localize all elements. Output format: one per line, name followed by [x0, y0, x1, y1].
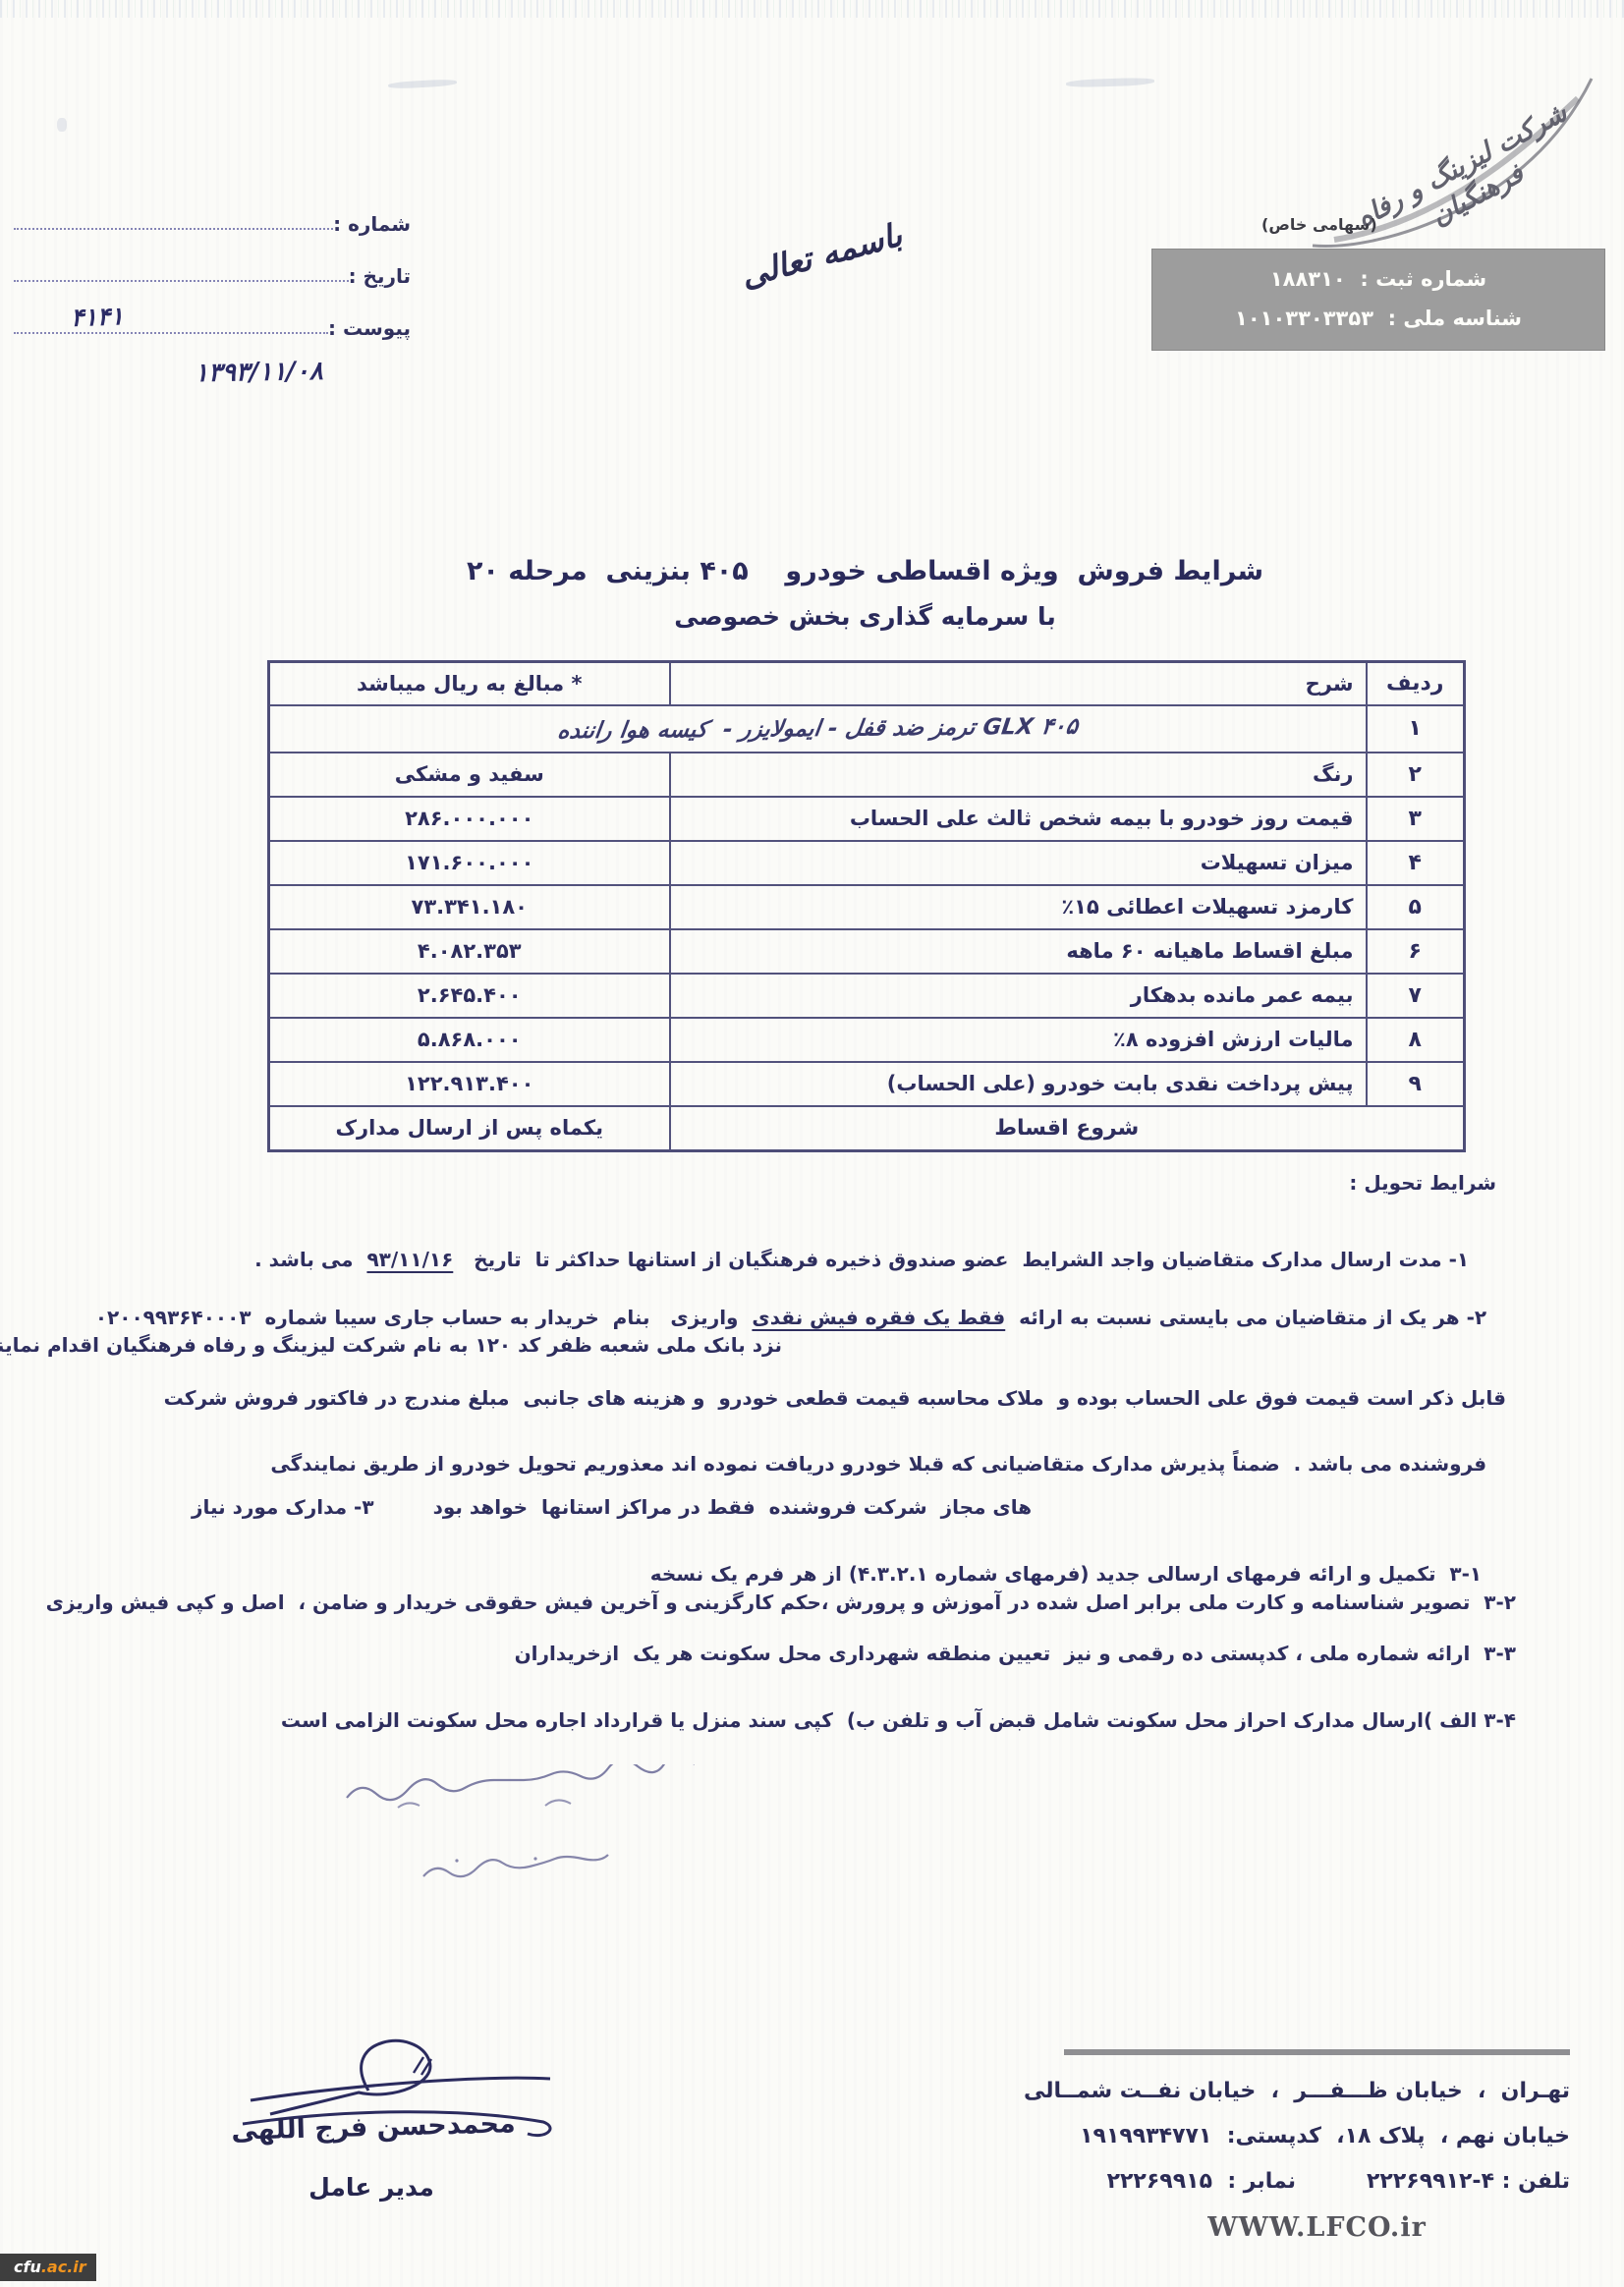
phone-number: تلفن : ۴-۲۲۲۶۹۹۱۲	[1367, 2159, 1570, 2204]
table-row: ۹ پیش پرداخت نقدی بابت خودرو (علی الحساب…	[269, 1062, 1465, 1106]
letterhead-left-block: شماره : تاریخ : پیوست : ۴۱۴۱ ۱۳۹۳/۱۱/۰۸	[10, 202, 415, 359]
registration-number: شماره ثبت : ۱۸۸۳۱۰	[1152, 259, 1604, 299]
scan-smudge	[1066, 77, 1154, 87]
row-value: ۵.۸۶۸.۰۰۰	[269, 1018, 670, 1062]
row-number: ۷	[1367, 974, 1465, 1018]
row-value: ۴.۰۸۲.۳۵۳	[269, 929, 670, 974]
footer-divider-line	[1064, 2049, 1570, 2055]
row-description: کارمزد تسهیلات اعطائی ۱۵٪	[670, 885, 1367, 929]
attachment-label: پیوست :	[328, 316, 415, 340]
table-row: ۲ رنگ سفید و مشکی	[269, 753, 1465, 797]
number-leader-line	[14, 228, 333, 230]
table-row: ۷ بیمه عمر مانده بدهکار ۲.۶۴۵.۴۰۰	[269, 974, 1465, 1018]
doc-item-3-1-text: ۳-۱ تکمیل و ارائه فرمهای ارسالی جدید	[1090, 1562, 1483, 1586]
row-value: ۲۸۶.۰۰۰.۰۰۰	[269, 797, 670, 841]
row-description: پیش پرداخت نقدی بابت خودرو (علی الحساب)	[670, 1062, 1367, 1106]
term-1-text: ۱- مدت ارسال مدارک متقاضیان واجد الشرایط…	[453, 1248, 1469, 1271]
table-row: ۳ قیمت روز خودرو با بیمه شخص ثالث علی ال…	[269, 797, 1465, 841]
address-line-2: خیابان نهم ، پلاک ۱۸، کدپستی: ۱۹۱۹۹۳۴۷۷۱	[1064, 2114, 1570, 2159]
attachment-leader-line	[14, 332, 328, 334]
conditions-table-wrap: ردیف شرح * مبالغ به ریال میباشد ۱ ۴۰۵ GL…	[267, 660, 1466, 1152]
row-number: ۸	[1367, 1018, 1465, 1062]
term-2-single-deposit-slip: فقط یک فقره فیش نقدی	[752, 1306, 1005, 1329]
installment-start-label: شروع اقساط	[670, 1106, 1465, 1151]
row-value: ۱۲۲.۹۱۳.۴۰۰	[269, 1062, 670, 1106]
required-documents-heading: ۳- مدارک مورد نیاز	[192, 1495, 374, 1519]
attachment-value-handwritten: ۴۱۴۱	[71, 302, 125, 332]
table-row: ۵ کارمزد تسهیلات اعطائی ۱۵٪ ۷۳.۳۴۱.۱۸۰	[269, 885, 1465, 929]
title-line-2: با سرمایه گذاری بخش خصوصی	[267, 602, 1463, 631]
fax-number: نمابر : ۲۲۲۶۹۹۱۵	[1107, 2159, 1296, 2204]
table-header-row: ردیف شرح * مبالغ به ریال میباشد	[269, 662, 1465, 705]
term-2-text: ۲- هر یک از متقاضیان می بایستی نسبت به ا…	[1005, 1306, 1486, 1329]
conditions-table: ردیف شرح * مبالغ به ریال میباشد ۱ ۴۰۵ GL…	[267, 660, 1466, 1152]
delivery-terms-label: شرایط تحویل :	[1349, 1171, 1496, 1195]
scanned-letter-page: شماره : تاریخ : پیوست : ۴۱۴۱ ۱۳۹۳/۱۱/۰۸ …	[0, 0, 1624, 2287]
car-spec-handwritten: ۴۰۵ GLX ترمز ضد قفل - ایمولایزر - کیسه ه…	[269, 705, 1367, 753]
handwritten-date: ۱۳۹۳/۱۱/۰۸	[195, 357, 323, 388]
registration-stamp-box: شماره ثبت : ۱۸۸۳۱۰ شناسه ملی : ۱۰۱۰۳۳۰۳۳…	[1151, 249, 1605, 351]
doc-item-3-3: ۳-۳ ارائه شماره ملی ، کدپستی ده رقمی و ن…	[515, 1642, 1516, 1665]
col-header-row-number: ردیف	[1367, 662, 1465, 705]
date-label: تاریخ :	[349, 264, 415, 288]
doc-item-3-2: ۳-۲ تصویر شناسنامه و کارت ملی برابر اصل …	[46, 1590, 1516, 1614]
term-1-text-end: می باشد .	[254, 1248, 366, 1271]
scan-noise-strip	[0, 0, 1624, 18]
row-description: رنگ	[670, 753, 1367, 797]
date-leader-line	[14, 280, 349, 282]
term-2-account-number: ۰۲۰۰۹۹۳۶۴۰۰۰۳	[95, 1306, 252, 1329]
term-3-line-1: قابل ذکر است قیمت فوق علی الحساب بوده و …	[164, 1386, 1506, 1410]
watermark-primary: cfu	[14, 2258, 41, 2276]
scan-smudge	[57, 118, 67, 132]
row-value: سفید و مشکی	[269, 753, 670, 797]
row-description: مالیات ارزش افزوده ۸٪	[670, 1018, 1367, 1062]
term-2-line-2: نزد بانک ملی شعبه ظفر کد ۱۲۰ به نام شرکت…	[0, 1333, 782, 1357]
term-2-text-mid: واریزی بنام خریدار به حساب جاری سیبا شما…	[252, 1306, 753, 1329]
row-value: ۲.۶۴۵.۴۰۰	[269, 974, 670, 1018]
row-value: ۱۷۱.۶۰۰.۰۰۰	[269, 841, 670, 885]
scan-smudge	[388, 79, 457, 89]
watermark-secondary: .ac.ir	[41, 2258, 86, 2276]
term-3-line-3: های مجاز شرکت فروشنده فقط در مراکز استان…	[192, 1472, 1059, 1542]
row-number: ۶	[1367, 929, 1465, 974]
table-row-installment-start: شروع اقساط یکماه پس از ارسال مدارک	[269, 1106, 1465, 1151]
title-line-1: شرایط فروش ویژه اقساطی خودرو ۴۰۵ بنزینی …	[267, 556, 1463, 586]
number-row: شماره :	[10, 202, 415, 236]
website-url: WWW.LFCO.ir	[1064, 2212, 1570, 2243]
phone-fax-row: تلفن : ۴-۲۲۲۶۹۹۱۲ نمابر : ۲۲۲۶۹۹۱۵	[1064, 2159, 1570, 2204]
row-description: مبلغ اقساط ماهیانه ۶۰ ماهه	[670, 929, 1367, 974]
doc-item-3-1-form-numbers: (فرمهای شماره ۴.۳.۲.۱)	[849, 1562, 1090, 1586]
date-row: تاریخ :	[10, 254, 415, 288]
row-number: ۳	[1367, 797, 1465, 841]
handwritten-note-scribble	[418, 1849, 624, 1890]
term-1-deadline-date: ۹۳/۱۱/۱۶	[366, 1248, 453, 1271]
row-description: قیمت روز خودرو با بیمه شخص ثالث علی الحس…	[670, 797, 1367, 841]
company-type-label: (سهامی خاص)	[1261, 215, 1377, 234]
address-line-1: تهـران ، خیابان ظـــفـــر ، خیابان نفــت…	[1064, 2069, 1570, 2114]
table-row: ۶ مبلغ اقساط ماهیانه ۶۰ ماهه ۴.۰۸۲.۳۵۳	[269, 929, 1465, 974]
doc-item-3-4: ۳-۴ الف )ارسال مدارک احراز محل سکونت شام…	[281, 1708, 1516, 1732]
footer-address-block: تهـران ، خیابان ظـــفـــر ، خیابان نفــت…	[1064, 2049, 1570, 2243]
row-description: میزان تسهیلات	[670, 841, 1367, 885]
row-value: ۷۳.۳۴۱.۱۸۰	[269, 885, 670, 929]
number-label: شماره :	[333, 212, 415, 236]
handwritten-note-scribble	[339, 1764, 761, 1815]
table-row: ۴ میزان تسهیلات ۱۷۱.۶۰۰.۰۰۰	[269, 841, 1465, 885]
row-description: بیمه عمر مانده بدهکار	[670, 974, 1367, 1018]
row-number: ۹	[1367, 1062, 1465, 1106]
term-3-text: فروشنده می باشد .	[1280, 1452, 1486, 1476]
watermark-badge: cfu.ac.ir	[0, 2254, 96, 2281]
row-number: ۱	[1367, 705, 1465, 753]
row-number: ۴	[1367, 841, 1465, 885]
installment-start-value: یکماه پس از ارسال مدارک	[269, 1106, 670, 1151]
row-number: ۵	[1367, 885, 1465, 929]
attachment-row: پیوست : ۴۱۴۱	[10, 307, 415, 340]
term-3-delivery-note: های مجاز شرکت فروشنده فقط در مراکز استان…	[433, 1495, 1033, 1519]
doc-item-3-1-text-end: از هر فرم یک نسخه	[650, 1562, 849, 1586]
table-row: ۸ مالیات ارزش افزوده ۸٪ ۵.۸۶۸.۰۰۰	[269, 1018, 1465, 1062]
document-title: شرایط فروش ویژه اقساطی خودرو ۴۰۵ بنزینی …	[267, 556, 1463, 631]
col-header-amount-note: * مبالغ به ریال میباشد	[269, 662, 670, 705]
bismillah-calligraphy: باسمه تعالی	[737, 215, 906, 295]
col-header-description: شرح	[670, 662, 1367, 705]
national-id-number: شناسه ملی : ۱۰۱۰۳۳۰۳۳۵۳	[1152, 299, 1604, 338]
table-row-spec: ۱ ۴۰۵ GLX ترمز ضد قفل - ایمولایزر - کیسه…	[269, 705, 1465, 753]
row-number: ۲	[1367, 753, 1465, 797]
signatory-title: مدیر عامل	[273, 2173, 470, 2202]
